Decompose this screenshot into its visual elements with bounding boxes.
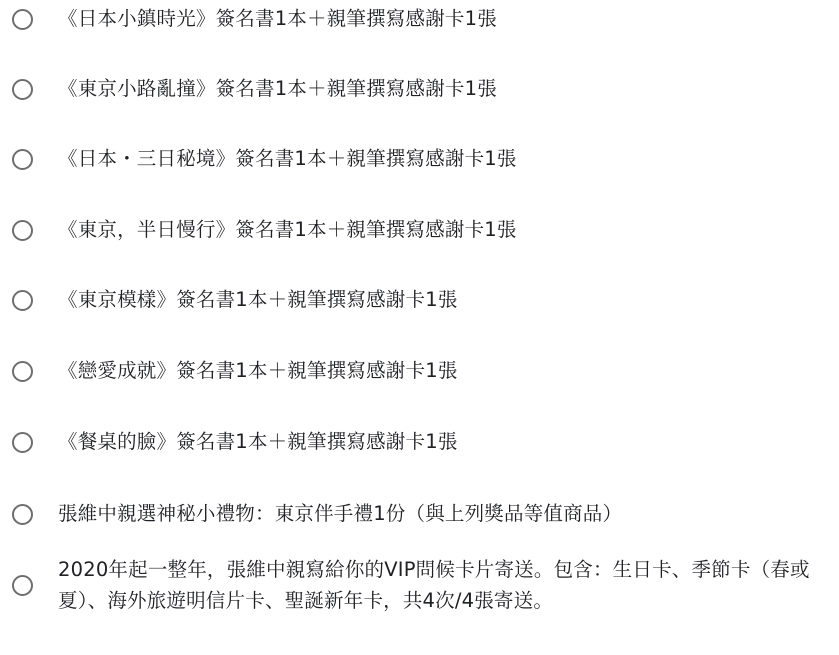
- option-label: 2020年起一整年，張維中親寫給你的VIP問候卡片寄送。包含：生日卡、季節卡（春…: [58, 554, 833, 616]
- option-label: 《餐桌的臉》簽名書1本＋親筆撰寫感謝卡1張: [58, 426, 458, 458]
- radio-unchecked-icon[interactable]: [12, 149, 33, 170]
- option-label: 《東京模樣》簽名書1本＋親筆撰寫感謝卡1張: [58, 284, 458, 316]
- radio-unchecked-icon[interactable]: [12, 432, 33, 453]
- radio-unchecked-icon[interactable]: [12, 79, 33, 100]
- radio-unchecked-icon[interactable]: [12, 290, 33, 311]
- option-label: 張維中親選神秘小禮物：東京伴手禮1份（與上列獎品等值商品）: [58, 498, 622, 530]
- radio-option-6[interactable]: 《戀愛成就》簽名書1本＋親筆撰寫感謝卡1張: [0, 355, 839, 387]
- radio-option-1[interactable]: 《日本小鎮時光》簽名書1本＋親筆撰寫感謝卡1張: [0, 3, 839, 35]
- radio-option-3[interactable]: 《日本・三日秘境》簽名書1本＋親筆撰寫感謝卡1張: [0, 143, 839, 175]
- option-label: 《東京小路亂撞》簽名書1本＋親筆撰寫感謝卡1張: [58, 73, 497, 105]
- radio-unchecked-icon[interactable]: [12, 220, 33, 241]
- option-label: 《戀愛成就》簽名書1本＋親筆撰寫感謝卡1張: [58, 355, 458, 387]
- radio-unchecked-icon[interactable]: [12, 504, 33, 525]
- radio-unchecked-icon[interactable]: [12, 9, 33, 30]
- radio-option-list: 《日本小鎮時光》簽名書1本＋親筆撰寫感謝卡1張 《東京小路亂撞》簽名書1本＋親筆…: [0, 0, 839, 655]
- radio-unchecked-icon[interactable]: [12, 575, 33, 596]
- option-label: 《日本小鎮時光》簽名書1本＋親筆撰寫感謝卡1張: [58, 3, 497, 35]
- radio-option-7[interactable]: 《餐桌的臉》簽名書1本＋親筆撰寫感謝卡1張: [0, 426, 839, 458]
- radio-option-8[interactable]: 張維中親選神秘小禮物：東京伴手禮1份（與上列獎品等值商品）: [0, 498, 839, 530]
- option-label: 《日本・三日秘境》簽名書1本＋親筆撰寫感謝卡1張: [58, 143, 517, 175]
- option-label: 《東京，半日慢行》簽名書1本＋親筆撰寫感謝卡1張: [58, 214, 517, 246]
- radio-option-9[interactable]: 2020年起一整年，張維中親寫給你的VIP問候卡片寄送。包含：生日卡、季節卡（春…: [0, 554, 839, 618]
- radio-option-2[interactable]: 《東京小路亂撞》簽名書1本＋親筆撰寫感謝卡1張: [0, 73, 839, 105]
- radio-option-4[interactable]: 《東京，半日慢行》簽名書1本＋親筆撰寫感謝卡1張: [0, 214, 839, 246]
- radio-option-5[interactable]: 《東京模樣》簽名書1本＋親筆撰寫感謝卡1張: [0, 284, 839, 316]
- radio-unchecked-icon[interactable]: [12, 361, 33, 382]
